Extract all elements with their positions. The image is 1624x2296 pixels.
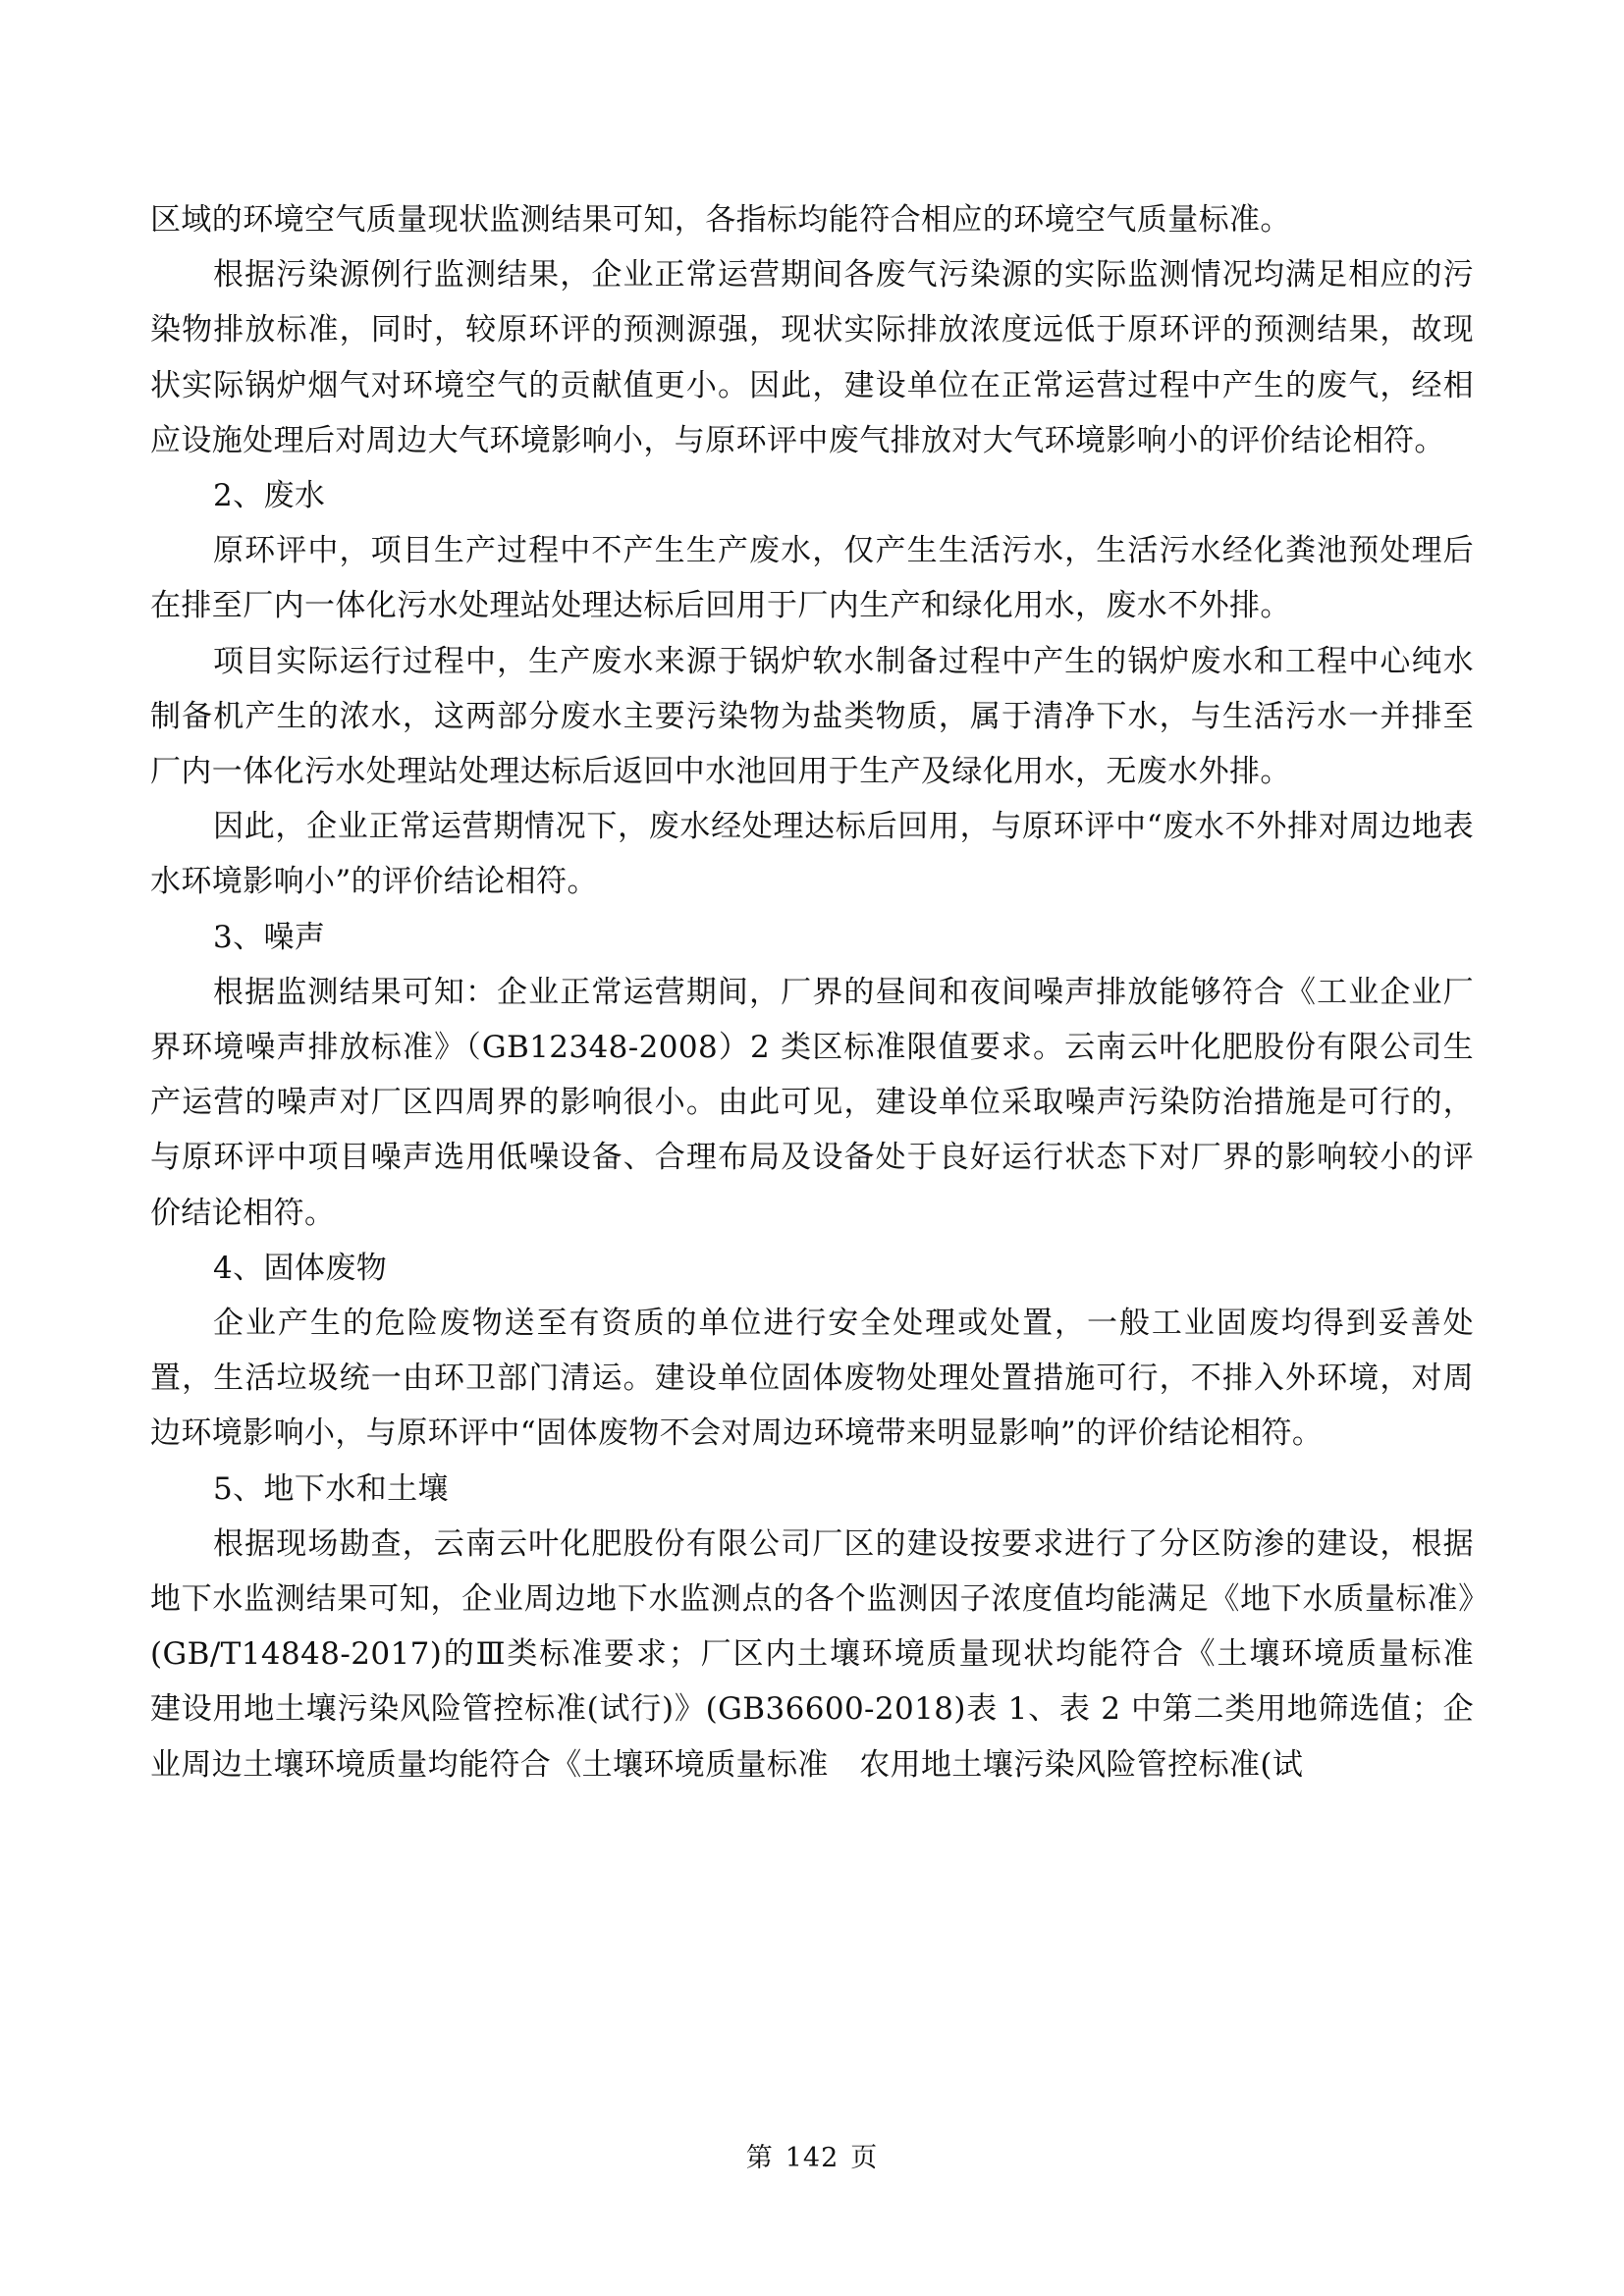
section-heading-groundwater-soil: 5、地下水和土壤 bbox=[150, 1462, 1474, 1517]
paragraph-solid-waste: 企业产生的危险废物送至有资质的单位进行安全处理或处置，一般工业固废均得到妥善处置… bbox=[150, 1296, 1474, 1462]
paragraph-wastewater-original-eia: 原环评中，项目生产过程中不产生生产废水，仅产生生活污水，生活污水经化粪池预处理后… bbox=[150, 523, 1474, 633]
page-footer: 第142页 bbox=[0, 2136, 1624, 2174]
document-body: 区域的环境空气质量现状监测结果可知，各指标均能符合相应的环境空气质量标准。 根据… bbox=[150, 192, 1474, 1792]
section-heading-wastewater: 2、废水 bbox=[150, 468, 1474, 523]
paragraph-wastewater-actual: 项目实际运行过程中，生产废水来源于锅炉软水制备过程中产生的锅炉废水和工程中心纯水… bbox=[150, 634, 1474, 800]
paragraph-noise: 根据监测结果可知：企业正常运营期间，厂界的昼间和夜间噪声排放能够符合《工业企业厂… bbox=[150, 965, 1474, 1241]
section-heading-solid-waste: 4、固体废物 bbox=[150, 1241, 1474, 1296]
page-number: 142 bbox=[785, 2143, 839, 2173]
section-heading-noise: 3、噪声 bbox=[150, 910, 1474, 965]
page-number-suffix: 页 bbox=[850, 2143, 878, 2173]
paragraph-air-quality-conclusion: 区域的环境空气质量现状监测结果可知，各指标均能符合相应的环境空气质量标准。 bbox=[150, 192, 1474, 247]
paragraph-exhaust-gas: 根据污染源例行监测结果，企业正常运营期间各废气污染源的实际监测情况均满足相应的污… bbox=[150, 247, 1474, 468]
page-number-prefix: 第 bbox=[746, 2143, 774, 2173]
paragraph-wastewater-conclusion: 因此，企业正常运营期情况下，废水经处理达标后回用，与原环评中“废水不外排对周边地… bbox=[150, 799, 1474, 909]
paragraph-groundwater-soil: 根据现场勘查，云南云叶化肥股份有限公司厂区的建设按要求进行了分区防渗的建设，根据… bbox=[150, 1517, 1474, 1792]
